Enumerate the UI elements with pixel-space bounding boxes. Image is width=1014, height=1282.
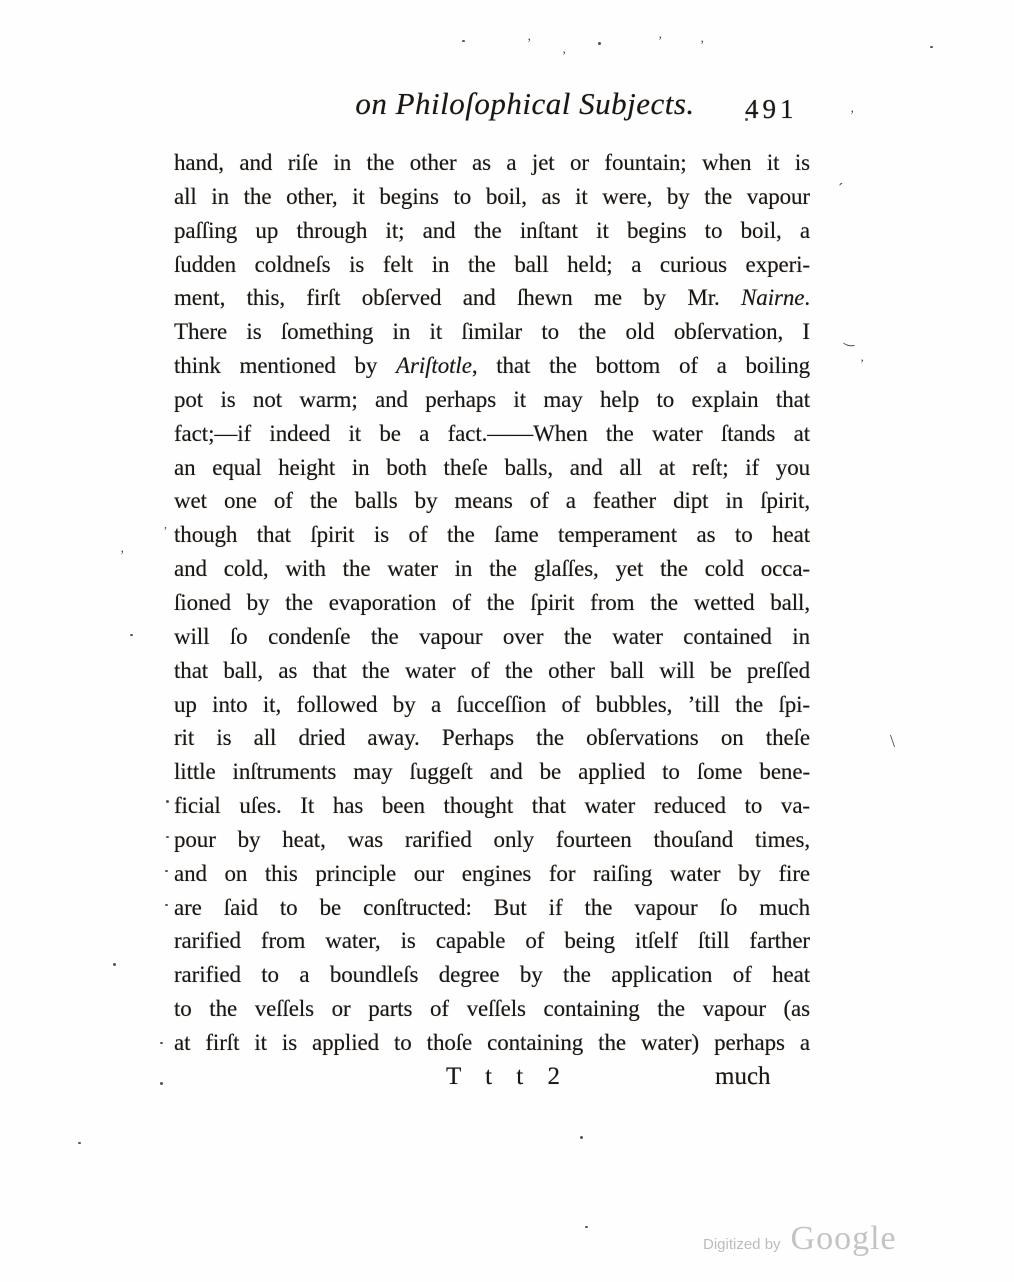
- scan-speck: ‚: [860, 350, 864, 363]
- text-line: and cold, with the water in the glaſſes,…: [174, 552, 810, 586]
- scan-speck: ’: [658, 34, 662, 47]
- scan-speck: ’: [850, 108, 854, 121]
- text-line: think mentioned by Ariſtotle, that the b…: [174, 349, 810, 383]
- signature-mark: T t t 2: [446, 1063, 569, 1091]
- scan-speck: [165, 870, 168, 872]
- scan-speck: [462, 40, 465, 42]
- text-line: little inſtruments may ſuggeſt and be ap…: [174, 755, 810, 789]
- text-line: to the veſſels or parts of veſſels conta…: [174, 992, 810, 1026]
- scan-speck: ’: [120, 548, 124, 561]
- text-line: all in the other, it begins to boil, as …: [174, 180, 810, 214]
- signature-row: T t t 2 much: [174, 1063, 810, 1097]
- text-line: ment, this, firſt obſerved and ſhewn me …: [174, 281, 810, 315]
- watermark-prefix: Digitized by: [703, 1236, 781, 1253]
- text-line: an equal height in both theſe balls, and…: [174, 451, 810, 485]
- page-number: 491: [745, 94, 798, 125]
- scan-speck: [130, 634, 133, 636]
- text-line: at firſt it is applied to thoſe containi…: [174, 1026, 810, 1060]
- text-line: wet one of the balls by means of a feath…: [174, 484, 810, 518]
- text-line: ſioned by the evaporation of the ſpirit …: [174, 586, 810, 620]
- running-header: on Philoſophical Subjects.: [300, 86, 750, 122]
- text-line: pour by heat, was rarified only fourteen…: [174, 823, 810, 857]
- scan-speck: \: [890, 732, 895, 750]
- text-line: and on this principle our engines for ra…: [174, 857, 810, 891]
- text-line: pot is not warm; and perhaps it may help…: [174, 383, 810, 417]
- catchword: much: [715, 1063, 771, 1091]
- text-line: hand, and riſe in the other as a jet or …: [174, 146, 810, 180]
- scan-speck: ‿: [844, 331, 857, 346]
- text-line: will ſo condenſe the vapour over the wat…: [174, 620, 810, 654]
- italic-name: Ariſtotle: [396, 353, 472, 378]
- scan-speck: ’: [700, 38, 704, 51]
- scan-speck: [165, 904, 168, 906]
- scan-speck: [78, 1142, 81, 1144]
- scan-speck: [930, 46, 933, 48]
- text-line: ficial uſes. It has been thought that wa…: [174, 789, 810, 823]
- text-line: are ſaid to be conſtructed: But if the v…: [174, 891, 810, 925]
- text-line: ſudden coldneſs is felt in the ball held…: [174, 248, 810, 282]
- text-line: fact;—if indeed it be a fact.——When the …: [174, 417, 810, 451]
- google-books-watermark: Digitized by Google: [703, 1220, 897, 1258]
- scan-speck: [166, 800, 169, 803]
- scan-speck: [160, 1042, 163, 1044]
- book-page-scan: on Philoſophical Subjects. 491 hand, and…: [0, 0, 1014, 1282]
- scan-speck: ´: [838, 182, 843, 198]
- text-line: paſſing up through it; and the inſtant i…: [174, 214, 810, 248]
- text-line: rit is all dried away. Perhaps the obſer…: [174, 721, 810, 755]
- google-logo: Google: [791, 1220, 897, 1258]
- scan-speck: ,: [164, 518, 167, 530]
- text-line: up into it, followed by a ſucceſſion of …: [174, 688, 810, 722]
- scan-speck: ‚: [562, 42, 566, 55]
- scan-speck: [598, 42, 601, 45]
- scan-speck: [585, 1226, 588, 1228]
- scan-speck: [160, 1082, 163, 1085]
- scan-speck: ’: [527, 36, 531, 49]
- italic-name: Nairne: [741, 285, 804, 310]
- body-text: hand, and riſe in the other as a jet or …: [174, 146, 810, 1060]
- scan-speck: [166, 836, 169, 838]
- scan-speck: [113, 963, 116, 966]
- text-line: that ball, as that the water of the othe…: [174, 654, 810, 688]
- text-line: There is ſomething in it ſimilar to the …: [174, 315, 810, 349]
- scan-speck: [580, 1136, 583, 1139]
- text-line: rarified to a boundleſs degree by the ap…: [174, 958, 810, 992]
- text-line: though that ſpirit is of the ſame temper…: [174, 518, 810, 552]
- text-line: rarified from water, is capable of being…: [174, 924, 810, 958]
